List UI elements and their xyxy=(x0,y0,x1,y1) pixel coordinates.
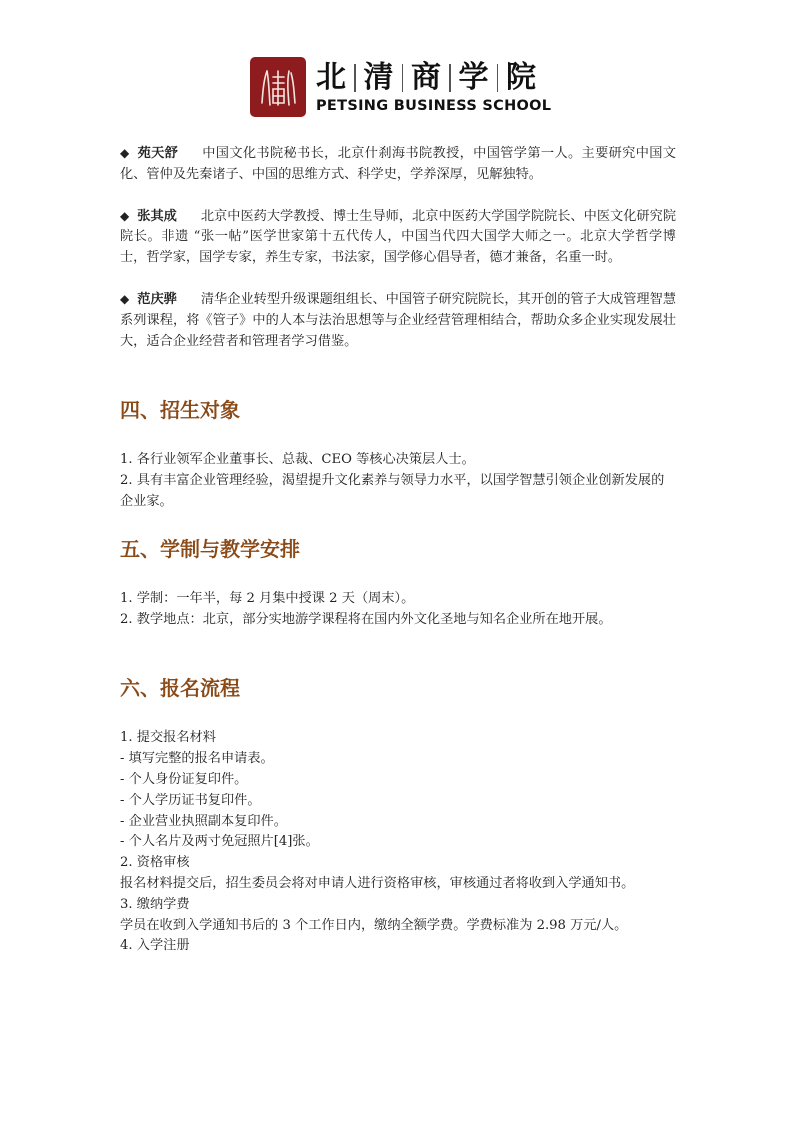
list-item: 学员在收到入学通知书后的 3 个工作日内，缴纳全额学费。学费标准为 2.98 万… xyxy=(120,916,676,937)
bio-text: 中国文化书院秘书长，北京什刹海书院教授，中国管学第一人。主要研究中国文化、管仲及… xyxy=(120,146,676,182)
logo-chinese-name: 北 清 商 学 院 xyxy=(316,60,551,96)
list-item: 4. 入学注册 xyxy=(120,936,676,957)
schedule-list: 1. 学制：一年半，每 2 月集中授课 2 天（周末）。 2. 教学地点：北京，… xyxy=(120,589,676,631)
list-item: 1. 学制：一年半，每 2 月集中授课 2 天（周末）。 xyxy=(120,589,676,610)
list-item: 2. 具有丰富企业管理经验，渴望提升文化素养与领导力水平，以国学智慧引领企业创新… xyxy=(120,471,676,513)
logo-char: 院 xyxy=(498,60,544,96)
list-item: 2. 教学地点：北京，部分实地游学课程将在国内外文化圣地与知名企业所在地开展。 xyxy=(120,610,676,631)
diamond-bullet-icon: ◆ xyxy=(120,146,130,160)
list-item: 2. 资格审核 xyxy=(120,853,676,874)
logo-english-name: PETSING BUSINESS SCHOOL xyxy=(316,98,551,114)
bio-text: 北京中医药大学教授、博士生导师，北京中医药大学国学院院长、中医文化研究院院长。非… xyxy=(120,209,676,266)
bio-name: 张其成 xyxy=(137,209,177,224)
bio-paragraph: ◆范庆骅清华企业转型升级课题组组长、中国管子研究院院长，其开创的管子大成管理智慧… xyxy=(120,289,676,352)
enrollment-target-list: 1. 各行业领军企业董事长、总裁、CEO 等核心决策层人士。 2. 具有丰富企业… xyxy=(120,450,676,512)
bio-paragraph: ◆张其成北京中医药大学教授、博士生导师，北京中医药大学国学院院长、中医文化研究院… xyxy=(120,206,676,269)
list-item: 1. 提交报名材料 xyxy=(120,728,676,749)
list-item: - 个人名片及两寸免冠照片[4]张。 xyxy=(120,832,676,853)
bio-name: 范庆骅 xyxy=(137,292,177,307)
logo-emblem-icon xyxy=(250,57,306,117)
logo-char: 清 xyxy=(356,60,402,96)
list-item: - 个人身份证复印件。 xyxy=(120,770,676,791)
bio-text: 清华企业转型升级课题组组长、中国管子研究院院长，其开创的管子大成管理智慧系列课程… xyxy=(120,292,676,349)
logo-char: 商 xyxy=(403,60,449,96)
list-item: - 企业营业执照副本复印件。 xyxy=(120,812,676,833)
section-heading-schedule: 五、学制与教学安排 xyxy=(120,535,676,563)
diamond-bullet-icon: ◆ xyxy=(120,209,129,223)
list-item: 报名材料提交后，招生委员会将对申请人进行资格审核，审核通过者将收到入学通知书。 xyxy=(120,874,676,895)
school-logo: 北 清 商 学 院 PETSING BUSINESS SCHOOL xyxy=(250,57,551,117)
section-heading-application-process: 六、报名流程 xyxy=(120,674,676,702)
application-process-list: 1. 提交报名材料 - 填写完整的报名申请表。 - 个人身份证复印件。 - 个人… xyxy=(120,728,676,957)
bio-name: 苑天舒 xyxy=(138,146,179,161)
list-item: 3. 缴纳学费 xyxy=(120,895,676,916)
logo-char: 学 xyxy=(451,60,497,96)
section-heading-enrollment-target: 四、招生对象 xyxy=(120,396,676,424)
diamond-bullet-icon: ◆ xyxy=(120,292,129,306)
bio-paragraph: ◆苑天舒中国文化书院秘书长，北京什刹海书院教授，中国管学第一人。主要研究中国文化… xyxy=(120,143,676,186)
list-item: 1. 各行业领军企业董事长、总裁、CEO 等核心决策层人士。 xyxy=(120,450,676,471)
document-body: ◆苑天舒中国文化书院秘书长，北京什刹海书院教授，中国管学第一人。主要研究中国文化… xyxy=(120,143,676,957)
list-item: - 个人学历证书复印件。 xyxy=(120,791,676,812)
logo-char: 北 xyxy=(316,60,354,96)
list-item: - 填写完整的报名申请表。 xyxy=(120,749,676,770)
